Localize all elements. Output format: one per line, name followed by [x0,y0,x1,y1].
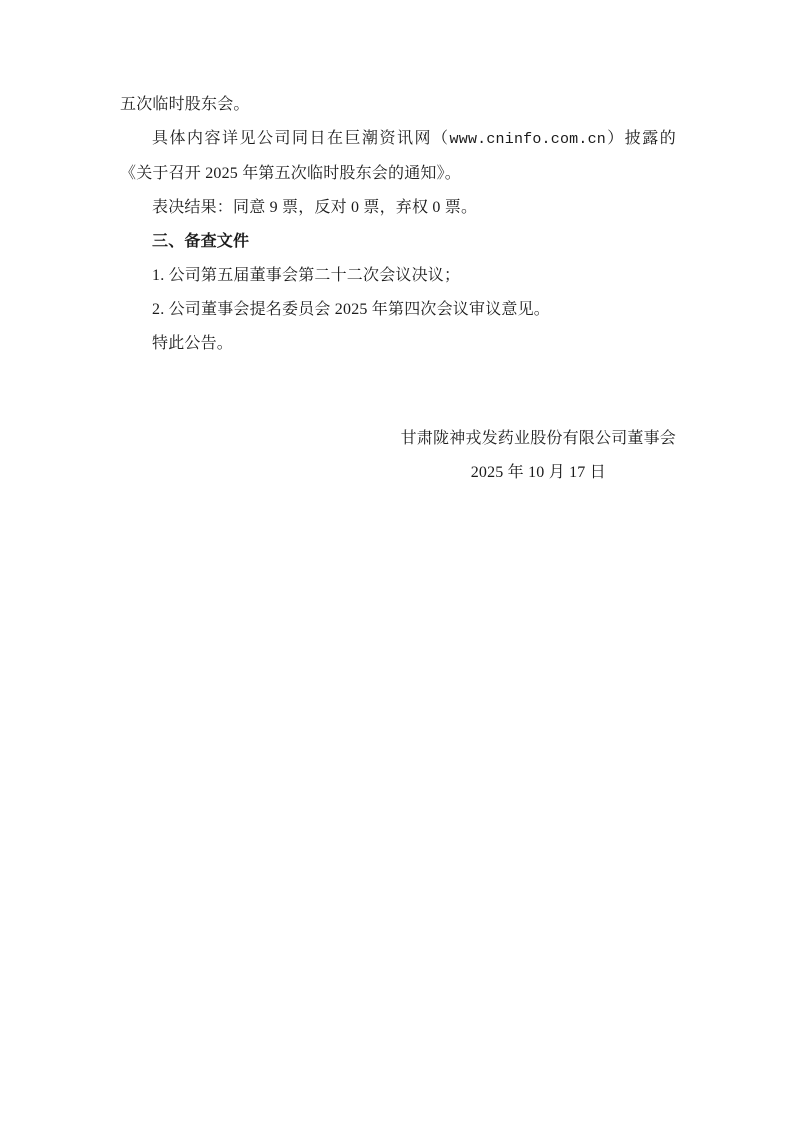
closing-line: 特此公告。 [120,327,676,361]
reference-document-item-1: 1. 公司第五届董事会第二十二次会议决议； [120,259,676,293]
disclosure-paragraph: 具体内容详见公司同日在巨潮资讯网（www.cninfo.com.cn）披露的《关… [120,122,676,191]
document-page: 五次临时股东会。 具体内容详见公司同日在巨潮资讯网（www.cninfo.com… [0,0,793,1122]
document-body: 五次临时股东会。 具体内容详见公司同日在巨潮资讯网（www.cninfo.com… [120,88,676,490]
continuation-line: 五次临时股东会。 [120,88,676,122]
signature-block: 甘肃陇神戎发药业股份有限公司董事会 2025 年 10 月 17 日 [401,422,676,490]
signature-date: 2025 年 10 月 17 日 [401,456,676,490]
disclosure-text-prefix: 具体内容详见公司同日在巨潮资讯网（ [152,130,450,147]
reference-document-item-2: 2. 公司董事会提名委员会 2025 年第四次会议审议意见。 [120,293,676,327]
vote-result-paragraph: 表决结果：同意 9 票，反对 0 票，弃权 0 票。 [120,191,676,225]
cninfo-url: www.cninfo.com.cn [450,131,606,148]
section-heading-reference-documents: 三、备查文件 [120,225,676,259]
signature-company-name: 甘肃陇神戎发药业股份有限公司董事会 [401,422,676,456]
